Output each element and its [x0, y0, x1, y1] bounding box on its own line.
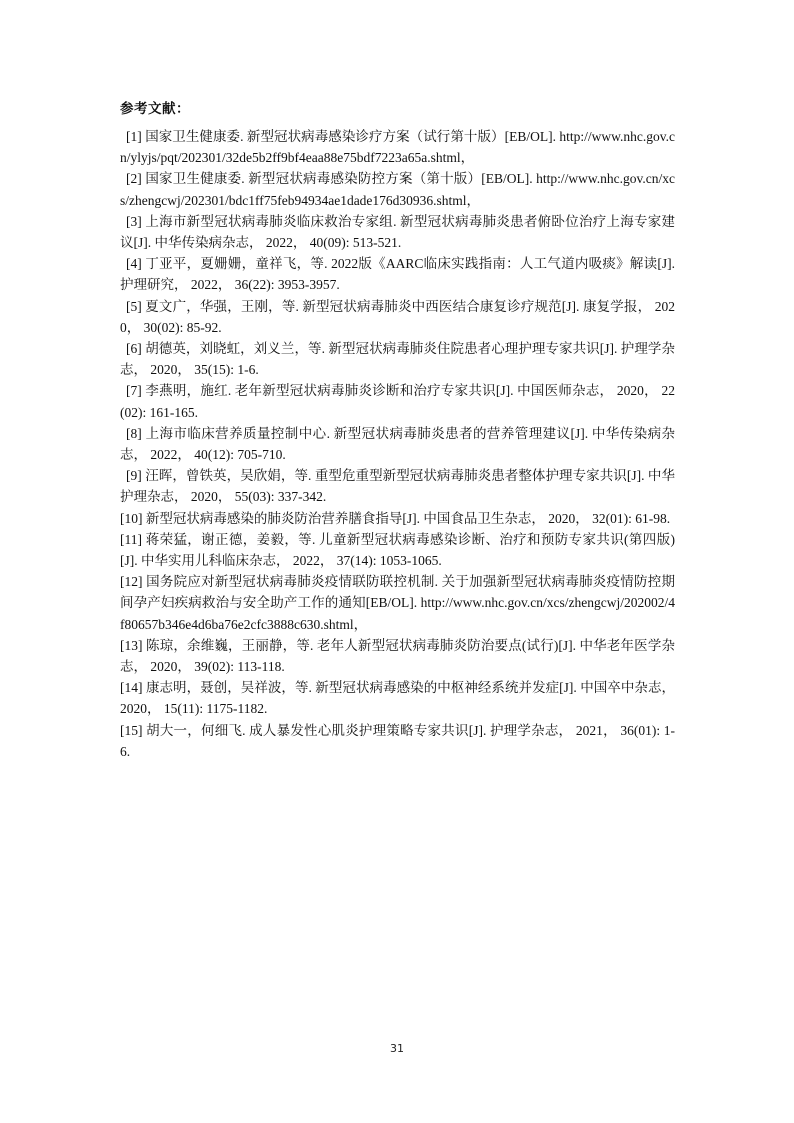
document-page: 参考文献： [1] 国家卫生健康委. 新型冠状病毒感染诊疗方案（试行第十版）[E…	[0, 0, 794, 1123]
reference-number: [13]	[120, 638, 143, 653]
reference-text: 上海市新型冠状病毒肺炎临床救治专家组. 新型冠状病毒肺炎患者俯卧位治疗上海专家建…	[120, 214, 675, 250]
reference-item-4: [4] 丁亚平，夏姗姗，童祥飞，等. 2022版《AARC临床实践指南：人工气道…	[120, 253, 675, 295]
reference-number: [6]	[126, 341, 142, 356]
reference-number: [14]	[120, 680, 143, 695]
reference-text: 李燕明，施红. 老年新型冠状病毒肺炎诊断和治疗专家共识[J]. 中国医师杂志， …	[120, 383, 675, 419]
reference-item-12: [12] 国务院应对新型冠状病毒肺炎疫情联防联控机制. 关于加强新型冠状病毒肺炎…	[120, 571, 675, 635]
reference-number: [3]	[126, 214, 142, 229]
reference-item-3: [3] 上海市新型冠状病毒肺炎临床救治专家组. 新型冠状病毒肺炎患者俯卧位治疗上…	[120, 211, 675, 253]
reference-item-7: [7] 李燕明，施红. 老年新型冠状病毒肺炎诊断和治疗专家共识[J]. 中国医师…	[120, 380, 675, 422]
reference-text: 新型冠状病毒感染的肺炎防治营养膳食指导[J]. 中国食品卫生杂志， 2020， …	[146, 511, 670, 526]
reference-text: 陈琼，余维巍，王丽静，等. 老年人新型冠状病毒肺炎防治要点(试行)[J]. 中华…	[120, 638, 675, 674]
reference-item-10: [10] 新型冠状病毒感染的肺炎防治营养膳食指导[J]. 中国食品卫生杂志， 2…	[120, 508, 675, 529]
reference-number: [9]	[126, 468, 142, 483]
reference-item-8: [8] 上海市临床营养质量控制中心. 新型冠状病毒肺炎患者的营养管理建议[J].…	[120, 423, 675, 465]
reference-number: [12]	[120, 574, 143, 589]
reference-number: [4]	[126, 256, 142, 271]
reference-text: 蒋荣猛，谢正德，姜毅，等. 儿童新型冠状病毒感染诊断、治疗和预防专家共识(第四版…	[120, 532, 675, 568]
reference-item-15: [15] 胡大一，何细飞. 成人暴发性心肌炎护理策略专家共识[J]. 护理学杂志…	[120, 720, 675, 762]
reference-item-1: [1] 国家卫生健康委. 新型冠状病毒感染诊疗方案（试行第十版）[EB/OL].…	[120, 126, 675, 168]
reference-item-6: [6] 胡德英，刘晓虹，刘义兰，等. 新型冠状病毒肺炎住院患者心理护理专家共识[…	[120, 338, 675, 380]
reference-list: [1] 国家卫生健康委. 新型冠状病毒感染诊疗方案（试行第十版）[EB/OL].…	[120, 126, 675, 762]
reference-item-5: [5] 夏文广，华强，王刚，等. 新型冠状病毒肺炎中西医结合康复诊疗规范[J].…	[120, 296, 675, 338]
reference-text: 国务院应对新型冠状病毒肺炎疫情联防联控机制. 关于加强新型冠状病毒肺炎疫情防控期…	[120, 574, 675, 631]
reference-text: 汪晖，曾铁英，吴欣娟，等. 重型危重型新型冠状病毒肺炎患者整体护理专家共识[J]…	[120, 468, 675, 504]
references-heading: 参考文献：	[120, 97, 190, 117]
reference-number: [2]	[126, 171, 142, 186]
reference-number: [7]	[126, 383, 142, 398]
reference-number: [10]	[120, 511, 143, 526]
reference-item-9: [9] 汪晖，曾铁英，吴欣娟，等. 重型危重型新型冠状病毒肺炎患者整体护理专家共…	[120, 465, 675, 507]
reference-item-14: [14] 康志明，聂创，吴祥波，等. 新型冠状病毒感染的中枢神经系统并发症[J]…	[120, 677, 675, 719]
reference-text: 夏文广，华强，王刚，等. 新型冠状病毒肺炎中西医结合康复诊疗规范[J]. 康复学…	[120, 299, 675, 335]
reference-number: [11]	[120, 532, 142, 547]
reference-text: 国家卫生健康委. 新型冠状病毒感染防控方案（第十版）[EB/OL]. http:…	[120, 171, 675, 207]
reference-text: 胡大一，何细飞. 成人暴发性心肌炎护理策略专家共识[J]. 护理学杂志， 202…	[120, 723, 675, 759]
reference-item-2: [2] 国家卫生健康委. 新型冠状病毒感染防控方案（第十版）[EB/OL]. h…	[120, 168, 675, 210]
reference-number: [1]	[126, 129, 142, 144]
reference-text: 国家卫生健康委. 新型冠状病毒感染诊疗方案（试行第十版）[EB/OL]. htt…	[120, 129, 675, 165]
reference-text: 胡德英，刘晓虹，刘义兰，等. 新型冠状病毒肺炎住院患者心理护理专家共识[J]. …	[120, 341, 675, 377]
reference-text: 上海市临床营养质量控制中心. 新型冠状病毒肺炎患者的营养管理建议[J]. 中华传…	[120, 426, 675, 462]
reference-number: [5]	[126, 299, 142, 314]
reference-text: 康志明，聂创，吴祥波，等. 新型冠状病毒感染的中枢神经系统并发症[J]. 中国卒…	[120, 680, 675, 716]
reference-text: 丁亚平，夏姗姗，童祥飞，等. 2022版《AARC临床实践指南：人工气道内吸痰》…	[120, 256, 675, 292]
page-number: 31	[0, 1042, 794, 1055]
reference-item-13: [13] 陈琼，余维巍，王丽静，等. 老年人新型冠状病毒肺炎防治要点(试行)[J…	[120, 635, 675, 677]
reference-item-11: [11] 蒋荣猛，谢正德，姜毅，等. 儿童新型冠状病毒感染诊断、治疗和预防专家共…	[120, 529, 675, 571]
reference-number: [15]	[120, 723, 143, 738]
reference-number: [8]	[126, 426, 142, 441]
